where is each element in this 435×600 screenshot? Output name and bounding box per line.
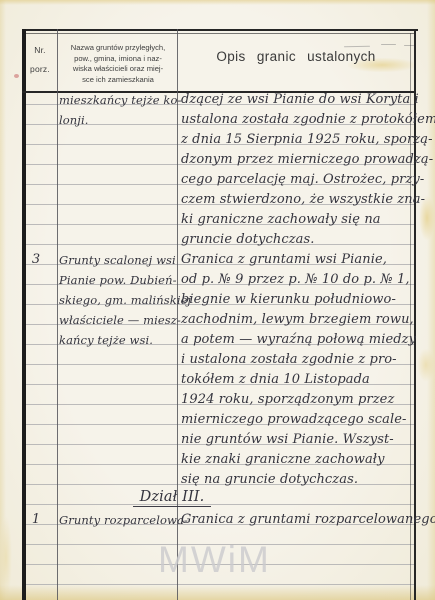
section-heading: Dział III. [133, 487, 211, 507]
description-line: Granica z gruntami rozparcelowanego [181, 510, 435, 530]
name-line: mieszkańcy tejże ko- [59, 90, 181, 110]
description-line: a potem — wyraźną połową miedzy [181, 330, 416, 350]
header-name-line: Nazwa gruntów przyległych, [59, 43, 177, 54]
entry-number: 1 [23, 510, 49, 530]
description-line: Granica z gruntami wsi Pianie, [181, 250, 387, 270]
description-line: gruncie dotychczas. [181, 230, 315, 250]
watermark: MWiM [158, 539, 271, 581]
scan-edge-bottom [0, 585, 435, 600]
column-divider-nr [57, 29, 58, 600]
table-border-top-inner [26, 33, 416, 34]
pencil-mark [381, 44, 396, 45]
header-name-line: sce ich zamieszkania [59, 75, 177, 86]
name-line: Grunty scalonej wsi [59, 250, 176, 270]
name-line: Pianie pow. Dubień- [59, 270, 177, 290]
description-line: cego parcelację maj. Ostrożec, przy- [181, 170, 424, 190]
header-name-line: pow., gmina, imiona i naz- [59, 54, 177, 65]
description-line: 1924 roku, sporządzonym przez [181, 390, 394, 410]
pencil-mark [404, 45, 414, 46]
description-line: biegnie w kierunku południowo- [181, 290, 396, 310]
scan-edge-left [0, 0, 6, 600]
description-line: tokółem z dnia 10 Listopada [181, 370, 370, 390]
description-line: z dnia 15 Sierpnia 1925 roku, sporzą- [181, 130, 433, 150]
description-line: i ustalona została zgodnie z pro- [181, 350, 397, 370]
description-line: ki graniczne zachowały się na [181, 210, 381, 230]
header-nr-label: Nr. [23, 45, 57, 55]
description-line: dzonym przez mierniczego prowadzą- [181, 150, 433, 170]
name-line: właściciele — miesz- [59, 310, 181, 330]
pencil-mark [344, 46, 370, 47]
description-line: dzącej ze wsi Pianie do wsi Koryta i [181, 90, 419, 110]
header-description-label: Opis granic ustalonych [178, 49, 414, 64]
name-line: lonji. [59, 110, 89, 130]
table-border-top [22, 29, 418, 31]
name-line: Grunty rozparcelowa- [59, 510, 188, 530]
entry-number: 3 [23, 250, 49, 270]
name-line: kańcy tejże wsi. [59, 330, 153, 350]
description-line: kie znaki graniczne zachowały [181, 450, 385, 470]
header-name-line: wiska właścicieli oraz miej- [59, 64, 177, 75]
scan-edge-top [0, 0, 435, 5]
description-line: mierniczego prowadzącego scale- [181, 410, 407, 430]
ink-dot [14, 74, 19, 78]
description-line: czem stwierdzono, że wszystkie zna- [181, 190, 425, 210]
name-line: skiego, gm. malińskiej [59, 290, 191, 310]
description-line: nie gruntów wsi Pianie. Wszyst- [181, 430, 394, 450]
document-page: Nr. porz. Nazwa gruntów przyległych, pow… [0, 0, 435, 600]
description-line: ustalona została zgodnie z protokółem [181, 110, 435, 130]
header-nr-label: porz. [23, 64, 57, 74]
header-name-label: Nazwa gruntów przyległych, pow., gmina, … [59, 43, 177, 85]
description-line: zachodnim, lewym brzegiem rowu, [181, 310, 414, 330]
description-line: od p. № 9 przez p. № 10 do p. № 1, [181, 270, 410, 290]
